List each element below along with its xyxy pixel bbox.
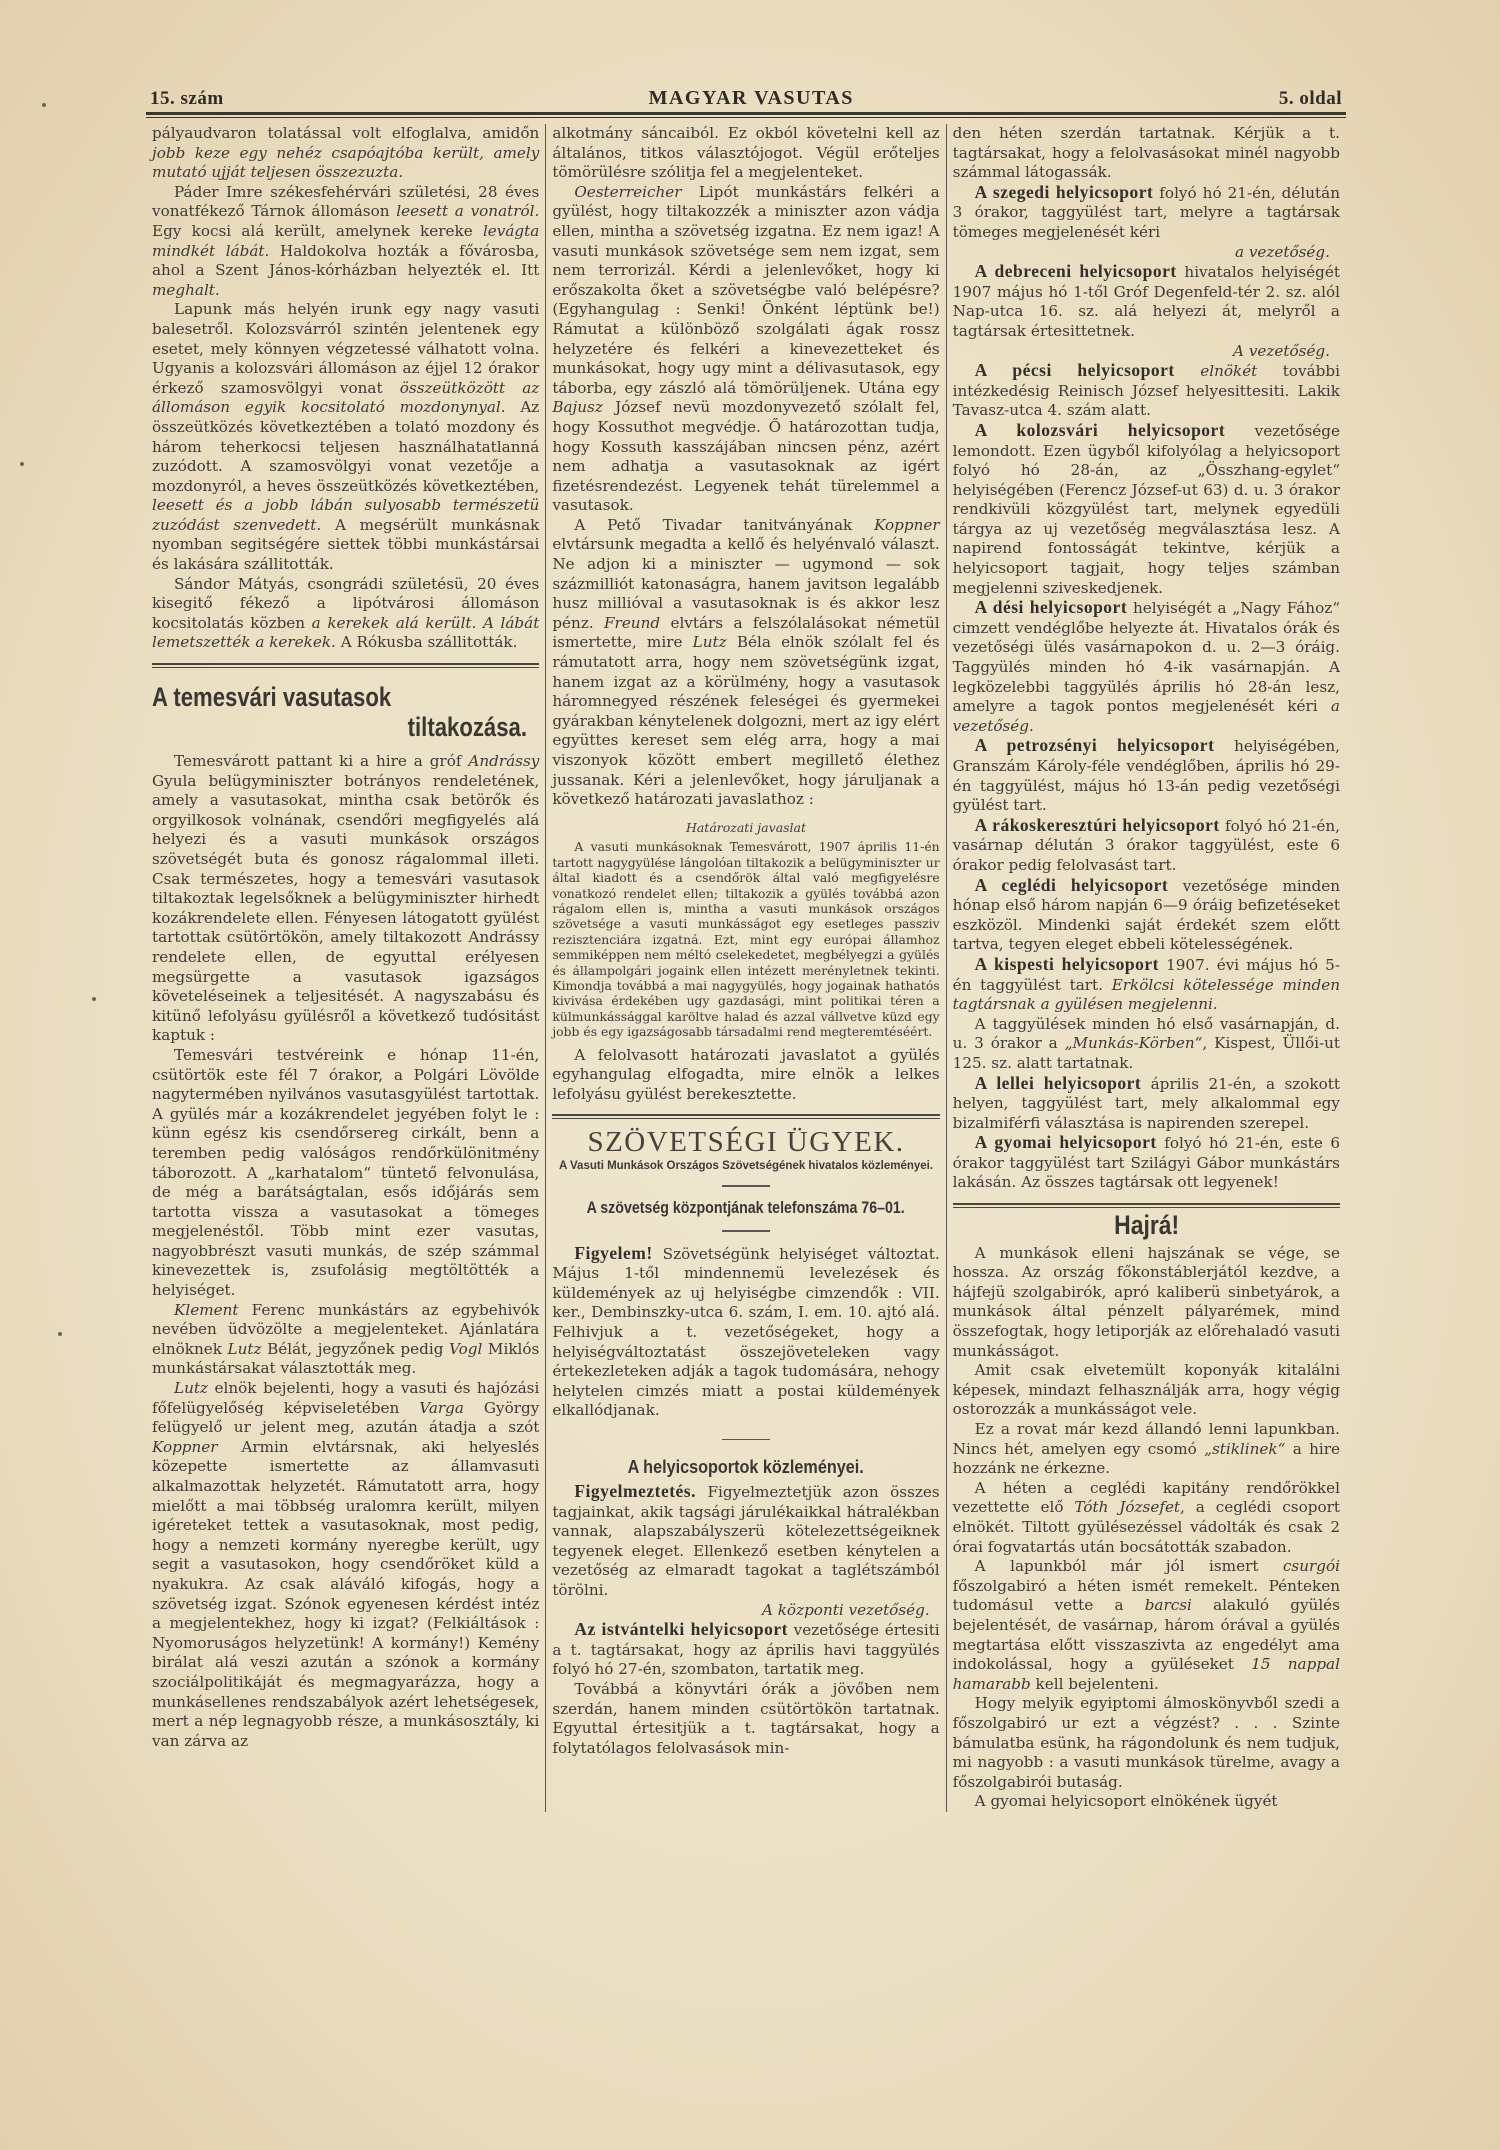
page-speck xyxy=(42,103,46,107)
page-speck xyxy=(20,462,24,466)
resolution-text: A vasuti munkásoknak Temesvárott, 1907 á… xyxy=(552,839,939,1039)
paragraph: Amit csak elvetemült koponyák kitalálni … xyxy=(953,1361,1340,1420)
section-divider xyxy=(953,1203,1340,1208)
notice-istvantelki: Az istvántelki helyicsoport vezetősége é… xyxy=(552,1620,939,1680)
notice-kispesti: A kispesti helyicsoport 1907. évi május … xyxy=(953,955,1340,1015)
signature: a vezetőség. xyxy=(953,243,1340,263)
section-divider xyxy=(152,663,539,668)
page-speck xyxy=(92,997,96,1001)
paragraph: Temesvárott pattant ki a hire a gróf And… xyxy=(152,752,539,1046)
masthead: 15. szám MAGYAR VASUTAS 5. oldal xyxy=(146,84,1346,110)
notice-pecsi: A pécsi helyicsoport elnökét további int… xyxy=(953,361,1340,421)
signature: A központi vezetőség. xyxy=(552,1601,939,1621)
notice-figyelem: Figyelem! Szövetségünk helyiséget változ… xyxy=(552,1244,939,1421)
section-subtitle: A Vasuti Munkások Országos Szövetségének… xyxy=(552,1159,939,1173)
column-3: den héten szerdán tartatnak. Kérjük a t.… xyxy=(946,124,1346,1812)
paragraph: A lapunkból már jól ismert csurgói főszo… xyxy=(953,1557,1340,1694)
paragraph: Lutz elnök bejelenti, hogy a vasuti és h… xyxy=(152,1379,539,1751)
phone-notice: A szövetség központjának telefonszáma 76… xyxy=(579,1199,912,1219)
notice-debreceni: A debreceni helyicsoport hivatalos helyi… xyxy=(953,262,1340,341)
paragraph: A gyomai helyicsoport elnökének ügyét xyxy=(953,1792,1340,1812)
paragraph: A Pető Tivadar tanitványának Koppner elv… xyxy=(552,516,939,810)
short-divider xyxy=(722,1230,770,1232)
paragraph: Továbbá a könyvtári órák a jövőben nem s… xyxy=(552,1680,939,1758)
paragraph: Páder Imre székesfehérvári születési, 28… xyxy=(152,183,539,301)
short-divider xyxy=(722,1439,770,1441)
paragraph: Klement Ferenc munkástárs az egybehivók … xyxy=(152,1301,539,1379)
article-headline: Hajrá! xyxy=(982,1216,1311,1236)
resolution-title: Határozati javaslat xyxy=(552,818,939,838)
paragraph: den héten szerdán tartatnak. Kérjük a t.… xyxy=(953,124,1340,183)
notice-kolozsvari: A kolozsvári helyicsoport vezetősége lem… xyxy=(953,421,1340,598)
column-1: pályaudvaron tolatással volt elfoglalva,… xyxy=(146,124,545,1812)
notice-szegedi: A szegedi helyicsoport folyó hó 21-én, d… xyxy=(953,183,1340,243)
newspaper-page: 15. szám MAGYAR VASUTAS 5. oldal pályaud… xyxy=(146,84,1346,1812)
signature: A vezetőség. xyxy=(953,342,1340,362)
short-divider xyxy=(722,1185,770,1187)
paragraph: pályaudvaron tolatással volt elfoglalva,… xyxy=(152,124,539,183)
notice-desi: A dési helyicsoport helyiségét a „Nagy F… xyxy=(953,598,1340,736)
notice-gyomai: A gyomai helyicsoport folyó hó 21-én, es… xyxy=(953,1133,1340,1193)
notice-rakoskeresztur: A rákoskeresztúri helyicsoport folyó hó … xyxy=(953,816,1340,876)
paragraph: A munkások elleni hajszának se vége, se … xyxy=(953,1244,1340,1362)
issue-number: 15. szám xyxy=(150,88,224,110)
section-divider xyxy=(552,1114,939,1119)
paragraph: Oesterreicher Lipót munkástárs felkéri a… xyxy=(552,183,939,516)
paragraph: Hogy melyik egyiptomi álmoskönyvből szed… xyxy=(953,1694,1340,1792)
notice-figyelmeztetes: Figyelmeztetés. Figyelmeztetjük azon öss… xyxy=(552,1482,939,1601)
paragraph: Temesvári testvéreink e hónap 11-én, csü… xyxy=(152,1046,539,1301)
paragraph: Ez a rovat már kezd állandó lenni lapunk… xyxy=(953,1420,1340,1479)
masthead-rule xyxy=(146,112,1346,115)
section-title: SZÖVETSÉGI ÜGYEK. xyxy=(552,1133,939,1153)
paragraph: A héten a ceglédi kapitány rendőrökkel v… xyxy=(953,1479,1340,1557)
column-2: alkotmány sáncaiból. Ez okból követelni … xyxy=(545,124,945,1812)
masthead-rule-thin xyxy=(146,117,1346,118)
notice-lellei: A lellei helyicsoport április 21-én, a s… xyxy=(953,1074,1340,1134)
article-headline: A temesvári vasutasok tiltakozása. xyxy=(152,682,470,742)
notice-petrozsenyi: A petrozsényi helyicsoport helyiségében,… xyxy=(953,736,1340,815)
paragraph: Lapunk más helyén irunk egy nagy vasuti … xyxy=(152,300,539,574)
page-speck xyxy=(58,1332,62,1336)
notice-ceglédi: A ceglédi helyicsoport vezetősége minden… xyxy=(953,876,1340,955)
local-groups-heading: A helyicsoportok közleményei. xyxy=(572,1458,921,1478)
paragraph: A felolvasott határozati javaslatot a gy… xyxy=(552,1046,939,1105)
page-number: 5. oldal xyxy=(1279,88,1342,110)
paragraph: Sándor Mátyás, csongrádi születésü, 20 é… xyxy=(152,575,539,653)
newspaper-title: MAGYAR VASUTAS xyxy=(649,87,854,110)
paragraph: A taggyülések minden hó első vasárnapján… xyxy=(953,1015,1340,1074)
paragraph: alkotmány sáncaiból. Ez okból követelni … xyxy=(552,124,939,183)
